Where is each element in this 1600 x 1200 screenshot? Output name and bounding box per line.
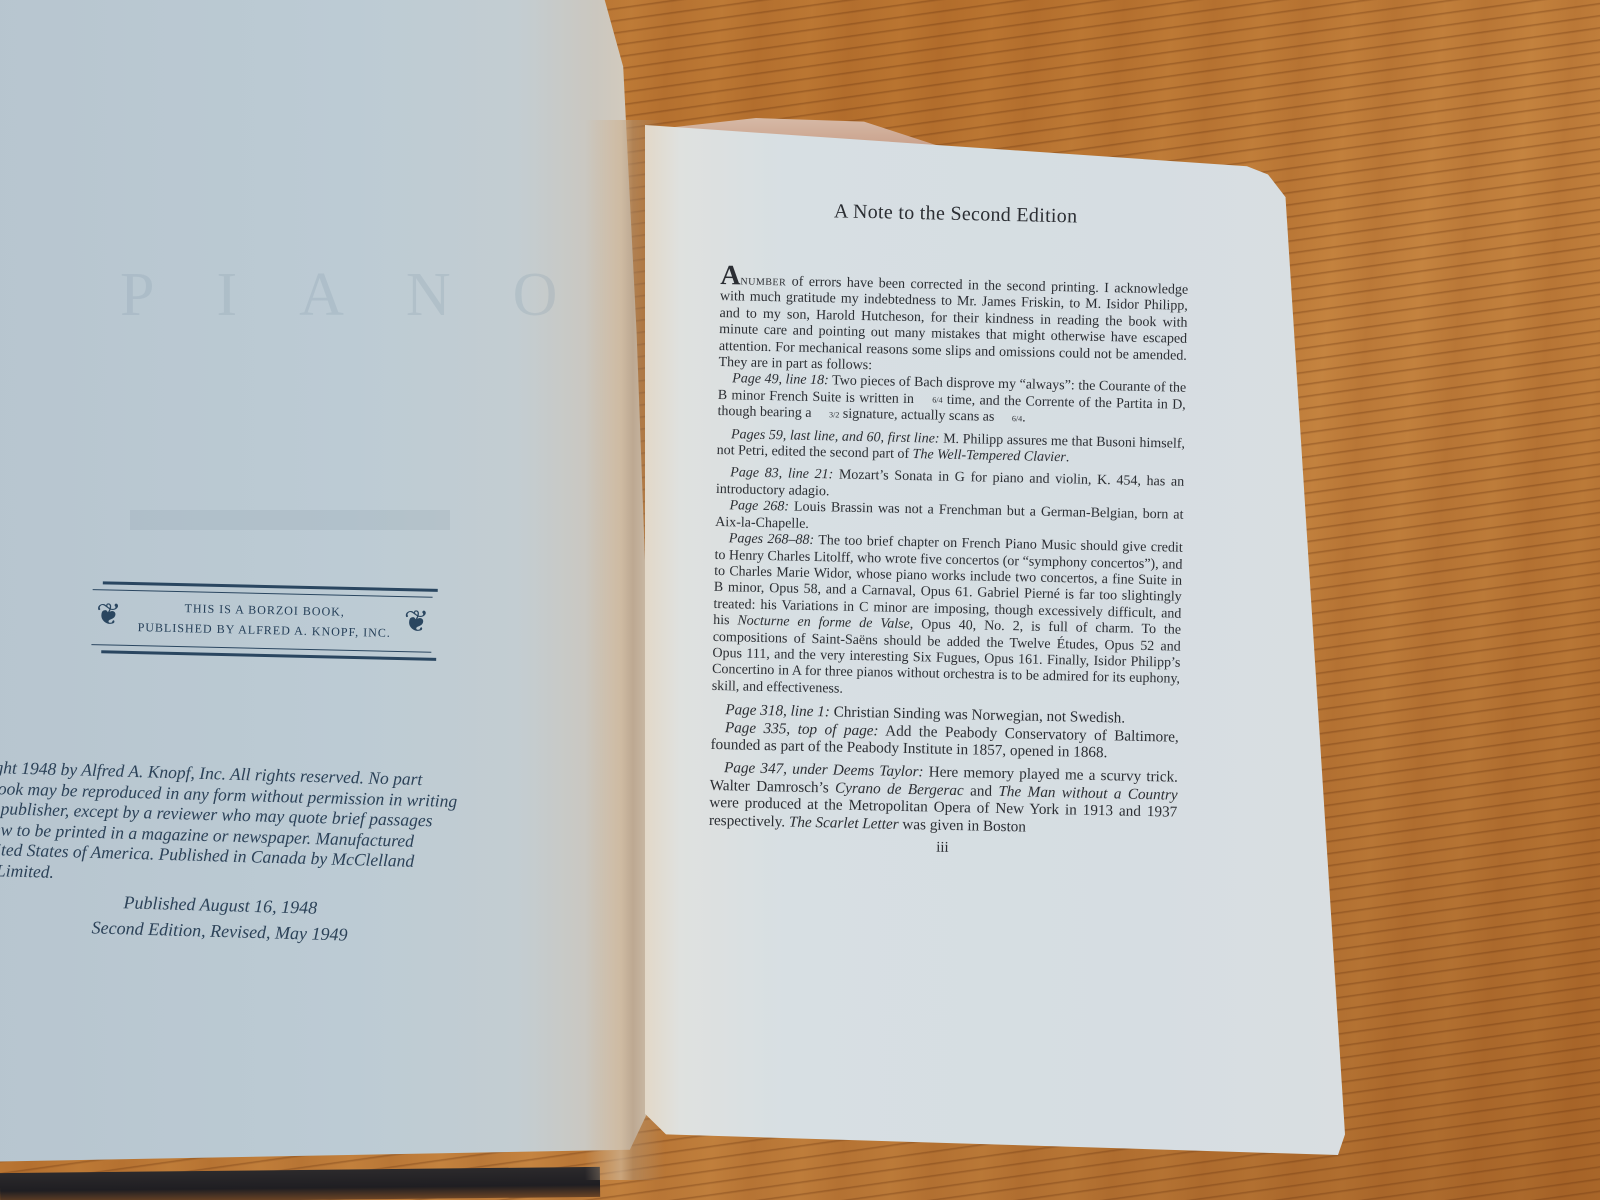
erratum-entry: Page 347, under Deems Taylor: Here memor… [709, 759, 1178, 838]
bleed-through-author [130, 510, 450, 530]
erratum-text: . [1066, 450, 1070, 465]
erratum-ref: Pages 268–88: [729, 531, 815, 548]
erratum-entry: Page 49, line 18: Two pieces of Bach dis… [717, 371, 1186, 430]
time-signature: 6/4 [918, 396, 942, 404]
publication-dates: Published August 16, 1948 Second Edition… [49, 887, 390, 948]
note-section: A Note to the Second Edition Anumber of … [708, 198, 1190, 862]
erratum-text: . [1022, 411, 1026, 426]
wheat-sprig-icon: ❦ [403, 600, 429, 645]
imprint-line-2: PUBLISHED BY ALFRED A. KNOPF, INC. [120, 620, 409, 642]
copyright-notice: ight 1948 by Alfred A. Knopf, Inc. All r… [0, 757, 538, 895]
erratum-entry: Pages 268–88: The too brief chapter on F… [712, 531, 1183, 705]
intro-text: of errors have been corrected in the sec… [718, 274, 1188, 373]
time-signature: 3/2 [815, 411, 839, 419]
erratum-ref: Page 49, line 18: [732, 372, 829, 389]
borzoi-imprint-box: ❦ THIS IS A BORZOI BOOK, PUBLISHED BY AL… [91, 581, 438, 661]
erratum-ref: Page 318, line 1: [725, 701, 830, 720]
erratum-text: was given in Boston [898, 815, 1026, 835]
drop-cap: A [720, 260, 741, 291]
work-title: The Well-Tempered Clavier [912, 447, 1065, 465]
wheat-sprig-icon: ❦ [96, 593, 122, 638]
erratum-entry: Pages 59, last line, and 60, first line:… [717, 427, 1186, 470]
bleed-through-title: PIANO [120, 260, 560, 331]
work-title: The Scarlet Letter [789, 813, 899, 832]
work-title: Cyrano de Bergerac [835, 779, 964, 799]
intro-paragraph: Anumber of errors have been corrected in… [718, 267, 1188, 381]
erratum-ref: Page 83, line 21: [730, 466, 833, 483]
erratum-text: and [964, 782, 999, 800]
time-signature: 6/4 [998, 414, 1022, 422]
book-cover-edge [0, 1167, 600, 1200]
erratum-ref: Page 268: [729, 499, 789, 515]
small-caps-word: number [740, 273, 786, 289]
imprint-line-1: THIS IS A BORZOI BOOK, [120, 600, 409, 622]
work-title: Nocturne en forme de Valse [737, 614, 910, 633]
erratum-text: signature, actually scans as [839, 407, 998, 425]
